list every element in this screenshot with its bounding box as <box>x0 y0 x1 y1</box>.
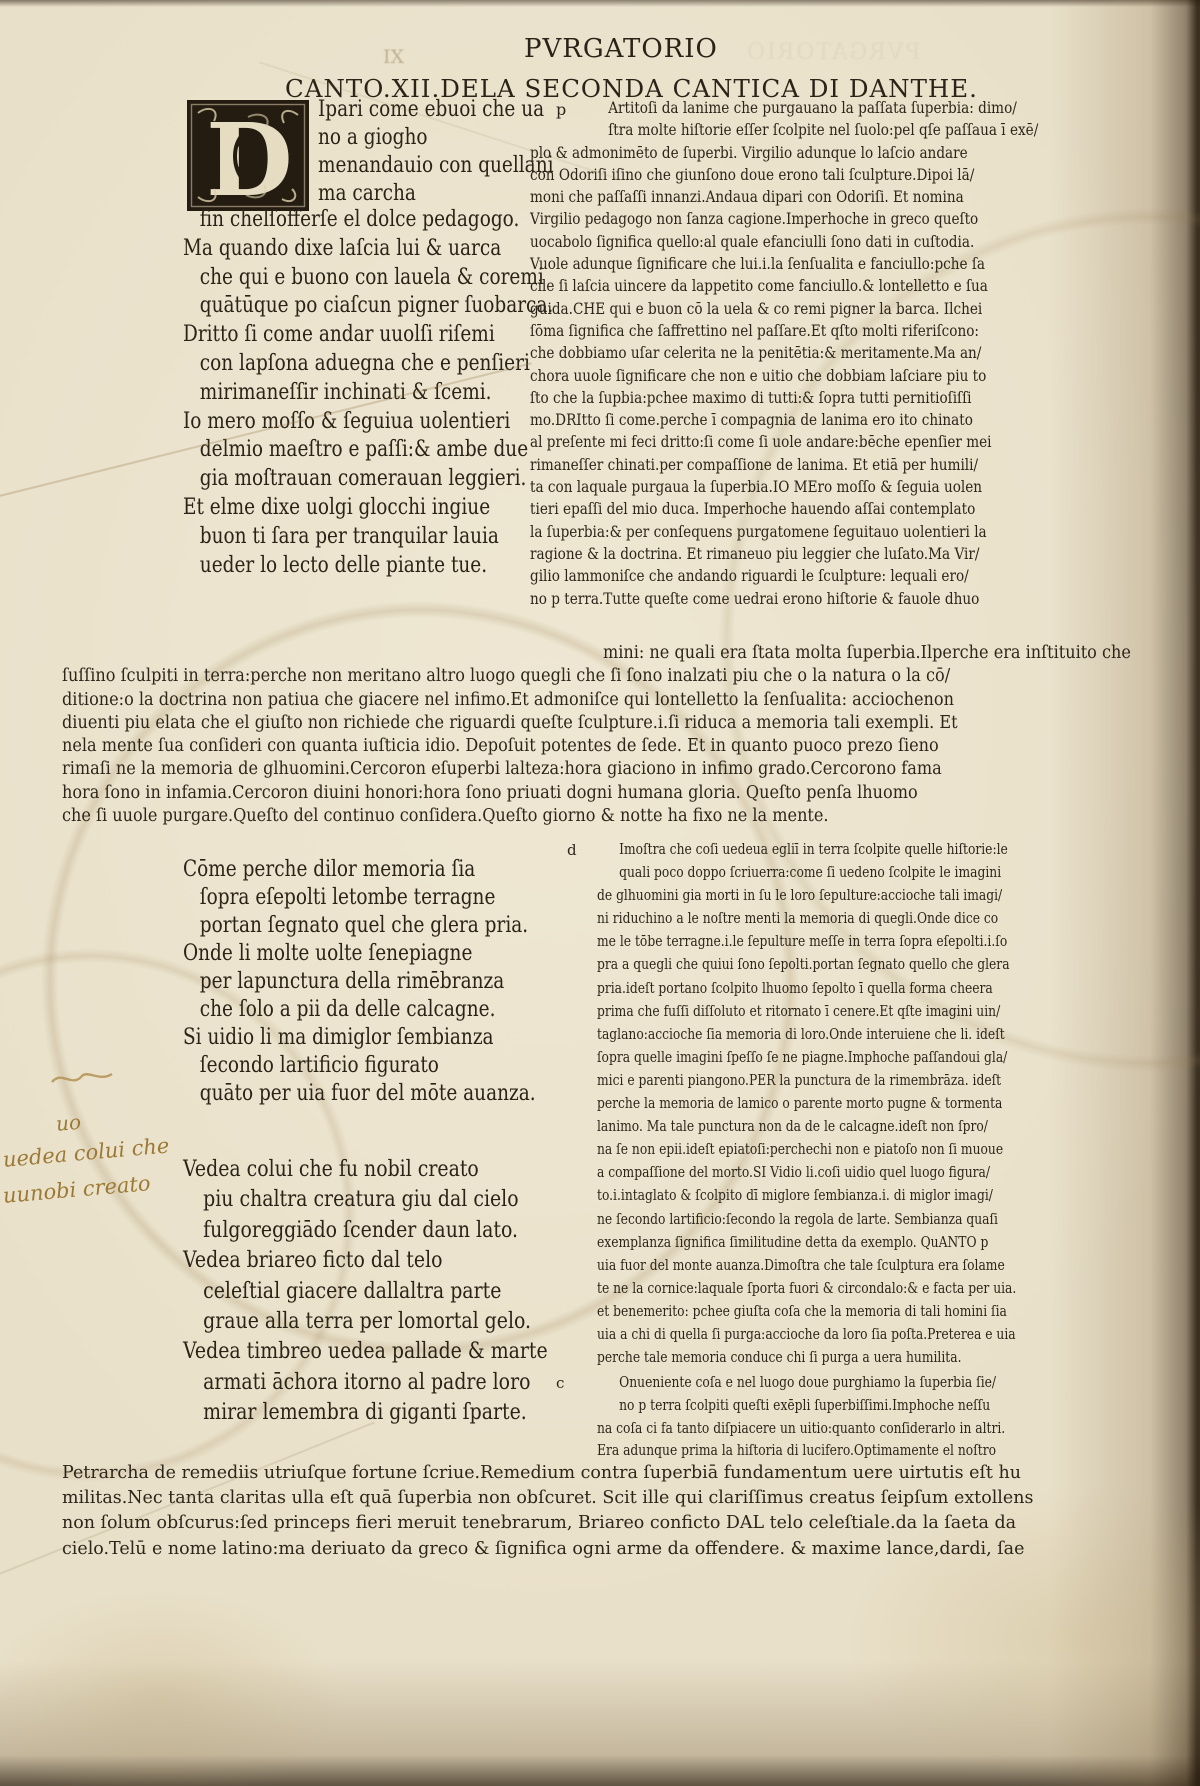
text-line: menandauio con quellani <box>318 152 554 180</box>
text-line: che ſi uuole purgare.Queſto del continuo… <box>62 805 1131 828</box>
text-line: ne ſecondo lartificio:ſecondo la regola … <box>597 1208 1016 1231</box>
text-line: nela mente ſua conſideri con quanta iuſt… <box>62 735 1131 758</box>
folio-number-ghost: IX <box>383 46 404 68</box>
text-line: te ne la cornice:laquale ſporta fuori & … <box>597 1277 1016 1300</box>
text-line: hora ſono in infamia.Cercoron diuini hon… <box>62 782 1131 805</box>
text-line: celeſtial giacere dallaltra parte <box>183 1276 548 1306</box>
book-page: IX PVRGATORIO PVRGATORIO CANTO.XII.DELA … <box>0 0 1200 1786</box>
commentary-block-3: Onueniente coſa e nel luogo doue purghia… <box>597 1371 1095 1462</box>
text-line: ragione & la doctrina. Et rimaneuo piu l… <box>530 543 1038 565</box>
text-line: rimaſi ne la memoria de glhuomini.Cercor… <box>62 758 1131 781</box>
text-line: ni riduchino a le noſtre menti la memori… <box>597 907 1016 930</box>
text-line: che ſolo a pii da delle calcagne. <box>183 996 536 1024</box>
marginalia-squiggle <box>48 1066 118 1092</box>
poem-section-2: Cōme perche dilor memoria ſiaſopra eſepo… <box>183 856 603 1108</box>
commentary-petrarch-note: Petrarcha de remediis utriuſque fortune … <box>62 1460 1063 1561</box>
text-line: mici e parenti piangono.PER la punctura … <box>597 1069 1016 1092</box>
text-line: mirar lemembra di giganti ſparte. <box>183 1397 548 1427</box>
text-line: de glhuomini gia morti in ſu le loro ſep… <box>597 884 1016 907</box>
text-line: armati āchora itorno al padre loro <box>183 1367 548 1397</box>
text-line: Si uidio li ma dimiglor ſembianza <box>183 1024 536 1052</box>
text-line: tieri epaſſi del mio duca. Imperhoche ha… <box>530 498 1038 520</box>
text-line: Vuole adunque ſignificare che lui.i.la ſ… <box>530 253 1038 275</box>
text-line: uia a chi di quella ſi purga:accioche da… <box>597 1323 1016 1346</box>
text-line: per lapunctura della rimēbranza <box>183 968 536 996</box>
text-line: uocabolo ſignifica quello:al quale efanc… <box>530 231 1038 253</box>
text-line: ſtra molte hiſtorie eſſer ſcolpite nel ſ… <box>530 119 1038 141</box>
text-line: Io mero moſſo & ſeguiua uolentieri <box>183 408 553 437</box>
text-line: ſōma ſignifica che ſaffrettino nel paſſa… <box>530 320 1038 342</box>
text-line: con lapſona aduegna che e penſieri <box>183 350 553 379</box>
text-line: ueder lo lecto delle piante tue. <box>183 552 553 581</box>
text-line: exemplanza ſignifica ſimilitudine detta … <box>597 1231 1016 1254</box>
guide-letter-d: d <box>567 841 577 859</box>
text-line: moni che paſſaſſi innanzi.Andaua dipari … <box>530 186 1038 208</box>
text-line: Imoſtra che coſi uedeua egliī in terra ſ… <box>597 838 1016 861</box>
text-line: pra a quegli che quiui ſono ſepolti.port… <box>597 953 1016 976</box>
text-line: graue alla terra per lomortal gelo. <box>183 1306 548 1336</box>
text-line: ma carcha <box>318 180 554 208</box>
woodcut-initial-d: D <box>186 99 310 212</box>
text-line: mo.DRItto ſi come.perche ī compagnia de … <box>530 409 1038 431</box>
text-line: lanimo. Ma tale punctura non da de le ca… <box>597 1115 1016 1138</box>
text-line: na ſe non epii.ideſt epiatoſi:perchechi … <box>597 1138 1016 1161</box>
show-through-text: PVRGATORIO <box>745 40 921 65</box>
text-line: cile ſi laſcia uincere da lappetito come… <box>530 275 1038 297</box>
text-line: portan ſegnato quel che glera pria. <box>183 912 536 940</box>
marginalia-line-2: uedea colui che <box>2 1133 170 1171</box>
text-line: cielo.Telū e nome latino:ma deriuato da … <box>62 1536 1033 1561</box>
text-line: non ſolum obſcurus:ſed princeps fieri me… <box>62 1510 1033 1535</box>
text-line: et benemerito: pchee giuſta coſa che la … <box>597 1300 1016 1323</box>
text-line: Petrarcha de remediis utriuſque fortune … <box>62 1460 1033 1485</box>
text-line: fin chelſofferſe el dolce pedagogo. <box>183 206 553 235</box>
marginalia-line-3: uunobi creato <box>2 1171 151 1208</box>
text-line: Vedea colui che fu nobil creato <box>183 1154 548 1184</box>
text-line: Onde li molte uolte ſenepiagne <box>183 940 536 968</box>
text-line: che qui e buono con lauela & coremi <box>183 264 553 293</box>
text-line: ſecondo lartificio figurato <box>183 1052 536 1080</box>
text-line: fulgoreggiādo ſcender daun lato. <box>183 1215 548 1245</box>
text-line: ſto che la ſupbia:pchee maximo di tutti:… <box>530 387 1038 409</box>
guide-letter-c: c <box>556 1374 564 1392</box>
text-line: perche la memoria de lamico o parente mo… <box>597 1092 1016 1115</box>
poem-section-3: Vedea colui che fu nobil creatopiu chalt… <box>183 1154 617 1428</box>
text-line: Virgilio pedagogo non ſanza cagione.Impe… <box>530 208 1038 230</box>
text-line: prima che fuſſi diſſoluto et ritornato ī… <box>597 1000 1016 1023</box>
commentary-fullwidth: mini: ne quali era ſtata molta ſuperbia.… <box>62 642 1200 828</box>
text-line: taglano:accioche ſia memoria di loro.Ond… <box>597 1023 1016 1046</box>
marginalia-line-1: uo <box>55 1110 82 1136</box>
text-line: gia moſtrauan comerauan leggieri. <box>183 465 553 494</box>
text-line: ſuſſino ſculpiti in terra:perche non mer… <box>62 665 1131 688</box>
text-line: rimaneſſer chinati.per compaſſione de la… <box>530 454 1038 476</box>
text-line: guida.CHE qui e buon cō la uela & co rem… <box>530 298 1038 320</box>
text-line: ſopra quelle imagini ſpeſſo ſe ne piagne… <box>597 1046 1016 1069</box>
text-line: no p terra.Tutte queſte come uedrai eron… <box>530 588 1038 610</box>
text-line: no p terra ſcolpiti queſti exēpli ſuperb… <box>597 1394 1005 1417</box>
text-line: Et elme dixe uolgi glocchi ingiue <box>183 494 553 523</box>
text-line: mini: ne quali era ſtata molta ſuperbia.… <box>62 642 1131 665</box>
text-line: ſopra eſepolti letombe terragne <box>183 884 536 912</box>
text-line: no a giogho <box>318 124 554 152</box>
text-line: Dritto ſi come andar uuolſi riſemi <box>183 321 553 350</box>
text-line: ditione:o la doctrina non patiua che gia… <box>62 689 1131 712</box>
text-line: al preſente mi feci dritto:ſi come ſi uo… <box>530 431 1038 453</box>
text-line: Vedea briareo ficto dal telo <box>183 1245 548 1275</box>
text-line: na coſa ci fa tanto diſpiacere un uitio:… <box>597 1417 1005 1440</box>
text-line: Cōme perche dilor memoria ſia <box>183 856 536 884</box>
text-line: ta con laquale purgaua la ſuperbia.IO ME… <box>530 476 1038 498</box>
text-line: plo & admonimēto de ſuperbi. Virgilio ad… <box>530 142 1038 164</box>
text-line: quātūque po ciaſcun pigner ſuobarca. <box>183 292 553 321</box>
text-line: perche tale memoria conduce chi ſi purga… <box>597 1346 1016 1369</box>
text-line: diuenti piu elata che el giuſto non rich… <box>62 712 1131 735</box>
text-line: chora uuole ſignificare che non e uitio … <box>530 365 1038 387</box>
text-line: uia fuor del monte auanza.Dimoſtra che t… <box>597 1254 1016 1277</box>
text-line: quali poco doppo ſcriuerra:come ſi ueden… <box>597 861 1016 884</box>
text-line: a compaſſione del morto.SI Vidio li.coſi… <box>597 1161 1016 1184</box>
commentary-block-2: Imoſtra che coſi uedeua egliī in terra ſ… <box>597 838 1108 1369</box>
text-line: buon ti ſara per tranquilar lauia <box>183 523 553 552</box>
text-line: me le tōbe terragne.i.le ſepulture meſſe… <box>597 930 1016 953</box>
text-line: Vedea timbreo uedea pallade & marte <box>183 1336 548 1366</box>
text-line: piu chaltra creatura giu dal cielo <box>183 1184 548 1214</box>
text-line: Onueniente coſa e nel luogo doue purghia… <box>597 1371 1005 1394</box>
running-title: PVRGATORIO <box>524 34 718 64</box>
text-line: la ſuperbia:& per conſequens purgatomene… <box>530 521 1038 543</box>
text-line: Artitoſi da lanime che purgauano la paſſ… <box>530 97 1038 119</box>
text-line: quāto per uia fuor del mōte auanza. <box>183 1080 536 1108</box>
text-line: Ma quando dixe laſcia lui & uarca <box>183 235 553 264</box>
svg-text:D: D <box>206 101 293 212</box>
text-line: pria.ideſt portano ſcolpito lhuomo ſepol… <box>597 977 1016 1000</box>
text-line: che dobbiamo uſar celerita ne la penitēt… <box>530 342 1038 364</box>
text-line: delmio maeſtro e paſſi:& ambe due <box>183 436 553 465</box>
text-line: gilio lammoniſce che andando riguardi le… <box>530 565 1038 587</box>
commentary-block-1: Artitoſi da lanime che purgauano la paſſ… <box>530 97 1128 610</box>
text-line: to.i.intaglato & ſcolpito dī miglore ſem… <box>597 1184 1016 1207</box>
text-line: Era adunque prima la hiſtoria di lucifer… <box>597 1439 1005 1462</box>
